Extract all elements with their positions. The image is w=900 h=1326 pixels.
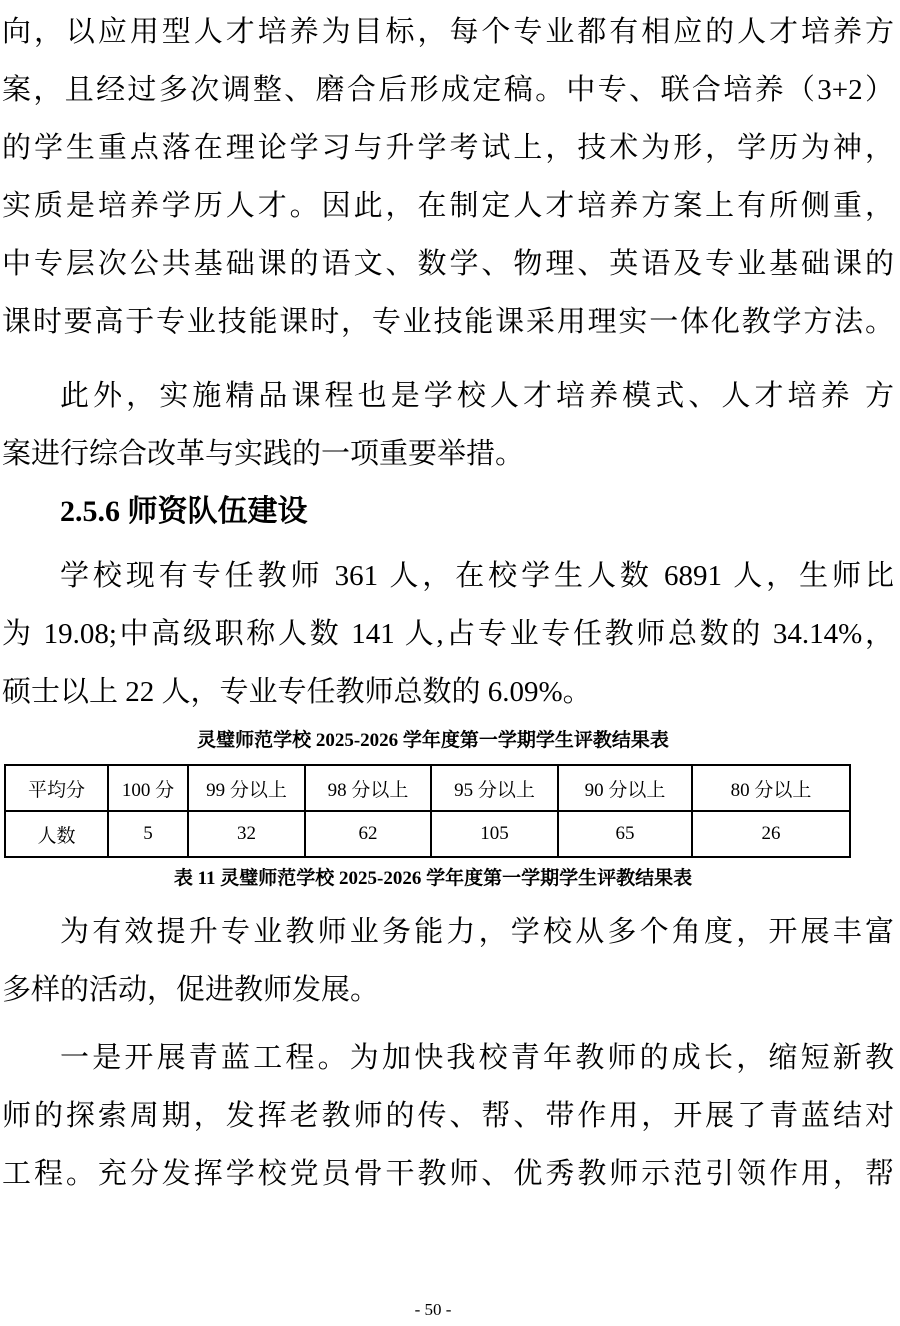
table-cell: 98 分以上 [305,765,431,811]
table-cell: 100 分 [108,765,188,811]
table-cell: 65 [558,811,692,857]
body-line: 的学生重点落在理论学习与升学考试上，技术为形，学历为神， [2,119,894,177]
table-cell: 95 分以上 [431,765,558,811]
table-cell: 5 [108,811,188,857]
body-text: 向，以应用型人才培养为目标，每个专业都有相应的人才培养方 案，且经过多次调整、磨… [0,0,900,1203]
body-line: 学校现有专任教师 361 人，在校学生人数 6891 人，生师比 [2,547,894,605]
body-line: 多样的活动，促进教师发展。 [2,961,894,1019]
table-cell: 平均分 [5,765,108,811]
paragraph-2: 此外，实施精品课程也是学校人才培养模式、人才培养 方 案进行综合改革与实践的一项… [2,367,894,483]
body-line: 硕士以上 22 人，专业专任教师总数的 6.09%。 [2,663,894,721]
body-line: 为有效提升专业教师业务能力，学校从多个角度，开展丰富 [2,903,894,961]
table-cell: 105 [431,811,558,857]
table-cell: 32 [188,811,305,857]
body-line: 课时要高于专业技能课时，专业技能课采用理实一体化教学方法。 [2,293,894,351]
table-title: 灵璧师范学校 2025-2026 学年度第一学期学生评教结果表 [2,727,864,755]
paragraph-4: 为有效提升专业教师业务能力，学校从多个角度，开展丰富 多样的活动，促进教师发展。 [2,903,894,1019]
evaluation-results-table: 平均分 100 分 99 分以上 98 分以上 95 分以上 90 分以上 80… [4,764,851,858]
body-line: 师的探索周期，发挥老教师的传、帮、带作用，开展了青蓝结对 [2,1087,894,1145]
body-line: 案，且经过多次调整、磨合后形成定稿。中专、联合培养（3+2） [2,61,894,119]
body-line: 一是开展青蓝工程。为加快我校青年教师的成长，缩短新教 [2,1029,894,1087]
body-line: 为 19.08;中高级职称人数 141 人,占专业专任教师总数的 34.14%， [2,605,894,663]
table-caption: 表 11 灵璧师范学校 2025-2026 学年度第一学期学生评教结果表 [2,865,864,893]
table-cell: 99 分以上 [188,765,305,811]
table-cell: 人数 [5,811,108,857]
page-number: - 50 - [0,1300,866,1320]
table-data-row: 人数 5 32 62 105 65 26 [5,811,850,857]
paragraph-3: 学校现有专任教师 361 人，在校学生人数 6891 人，生师比 为 19.08… [2,547,894,721]
table-cell: 62 [305,811,431,857]
body-line: 向，以应用型人才培养为目标，每个专业都有相应的人才培养方 [2,3,894,61]
body-line: 此外，实施精品课程也是学校人才培养模式、人才培养 方 [2,367,894,425]
document-page: 向，以应用型人才培养为目标，每个专业都有相应的人才培养方 案，且经过多次调整、磨… [0,0,900,1326]
body-line: 案进行综合改革与实践的一项重要举措。 [2,425,894,483]
table-cell: 90 分以上 [558,765,692,811]
table-cell: 26 [692,811,850,857]
table-cell: 80 分以上 [692,765,850,811]
paragraph-5: 一是开展青蓝工程。为加快我校青年教师的成长，缩短新教 师的探索周期，发挥老教师的… [2,1029,894,1203]
table-header-row: 平均分 100 分 99 分以上 98 分以上 95 分以上 90 分以上 80… [5,765,850,811]
body-line: 中专层次公共基础课的语文、数学、物理、英语及专业基础课的 [2,235,894,293]
section-heading: 2.5.6 师资队伍建设 [2,483,894,541]
paragraph-1: 向，以应用型人才培养为目标，每个专业都有相应的人才培养方 案，且经过多次调整、磨… [2,3,894,351]
body-line: 工程。充分发挥学校党员骨干教师、优秀教师示范引领作用，帮 [2,1145,894,1203]
body-line: 实质是培养学历人才。因此，在制定人才培养方案上有所侧重， [2,177,894,235]
